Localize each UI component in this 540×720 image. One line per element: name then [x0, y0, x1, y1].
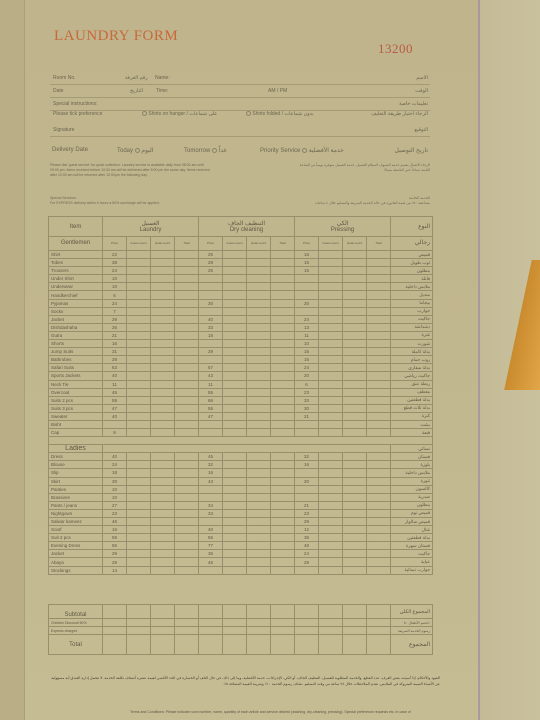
- express-cell[interactable]: [295, 627, 319, 635]
- dry-hotel-count[interactable]: [247, 364, 271, 372]
- dry-hotel-count[interactable]: [247, 453, 271, 461]
- dry-hotel-count[interactable]: [247, 566, 271, 574]
- dry-hotel-count[interactable]: [247, 501, 271, 509]
- total-cell[interactable]: [223, 635, 247, 655]
- total-cell[interactable]: [367, 635, 391, 655]
- dry-total[interactable]: [271, 307, 295, 315]
- press-total[interactable]: [367, 566, 391, 574]
- dry-total[interactable]: [271, 501, 295, 509]
- press-guest-count[interactable]: [319, 315, 343, 323]
- press-hotel-count[interactable]: [343, 469, 367, 477]
- dry-total[interactable]: [271, 461, 295, 469]
- press-hotel-count[interactable]: [343, 518, 367, 526]
- press-total[interactable]: [367, 469, 391, 477]
- dry-guest-count[interactable]: [223, 388, 247, 396]
- dry-total[interactable]: [271, 259, 295, 267]
- press-guest-count[interactable]: [319, 380, 343, 388]
- press-total[interactable]: [367, 493, 391, 501]
- press-hotel-count[interactable]: [343, 461, 367, 469]
- press-guest-count[interactable]: [319, 501, 343, 509]
- dry-guest-count[interactable]: [223, 518, 247, 526]
- laundry-total[interactable]: [175, 372, 199, 380]
- press-total[interactable]: [367, 331, 391, 339]
- press-total[interactable]: [367, 477, 391, 485]
- laundry-total[interactable]: [175, 267, 199, 275]
- press-guest-count[interactable]: [319, 396, 343, 404]
- total-cell[interactable]: [175, 635, 199, 655]
- dry-guest-count[interactable]: [223, 307, 247, 315]
- laundry-guest-count[interactable]: [127, 526, 151, 534]
- dry-total[interactable]: [271, 518, 295, 526]
- laundry-hotel-count[interactable]: [151, 453, 175, 461]
- total-cell[interactable]: [343, 635, 367, 655]
- total-cell[interactable]: [271, 635, 295, 655]
- press-total[interactable]: [367, 340, 391, 348]
- laundry-total[interactable]: [175, 275, 199, 283]
- dry-hotel-count[interactable]: [247, 558, 271, 566]
- laundry-guest-count[interactable]: [127, 299, 151, 307]
- laundry-hotel-count[interactable]: [151, 331, 175, 339]
- folded-option[interactable]: Shirts folded / بدون شماعات: [246, 111, 314, 117]
- laundry-total[interactable]: [175, 380, 199, 388]
- laundry-hotel-count[interactable]: [151, 348, 175, 356]
- dry-total[interactable]: [271, 453, 295, 461]
- express-cell[interactable]: [199, 627, 223, 635]
- dry-total[interactable]: [271, 315, 295, 323]
- laundry-guest-count[interactable]: [127, 485, 151, 493]
- laundry-hotel-count[interactable]: [151, 526, 175, 534]
- laundry-hotel-count[interactable]: [151, 501, 175, 509]
- discount-cell[interactable]: [343, 619, 367, 627]
- laundry-hotel-count[interactable]: [151, 534, 175, 542]
- laundry-hotel-count[interactable]: [151, 364, 175, 372]
- laundry-total[interactable]: [175, 566, 199, 574]
- dry-total[interactable]: [271, 267, 295, 275]
- express-cell[interactable]: [151, 627, 175, 635]
- dry-guest-count[interactable]: [223, 340, 247, 348]
- press-hotel-count[interactable]: [343, 420, 367, 428]
- press-hotel-count[interactable]: [343, 299, 367, 307]
- press-hotel-count[interactable]: [343, 501, 367, 509]
- dry-guest-count[interactable]: [223, 315, 247, 323]
- laundry-hotel-count[interactable]: [151, 509, 175, 517]
- laundry-guest-count[interactable]: [127, 404, 151, 412]
- laundry-total[interactable]: [175, 461, 199, 469]
- express-cell[interactable]: [319, 627, 343, 635]
- press-hotel-count[interactable]: [343, 550, 367, 558]
- laundry-total[interactable]: [175, 315, 199, 323]
- press-hotel-count[interactable]: [343, 356, 367, 364]
- press-hotel-count[interactable]: [343, 388, 367, 396]
- press-total[interactable]: [367, 283, 391, 291]
- press-total[interactable]: [367, 550, 391, 558]
- laundry-guest-count[interactable]: [127, 518, 151, 526]
- dry-guest-count[interactable]: [223, 283, 247, 291]
- laundry-guest-count[interactable]: [127, 372, 151, 380]
- press-hotel-count[interactable]: [343, 267, 367, 275]
- press-hotel-count[interactable]: [343, 323, 367, 331]
- press-hotel-count[interactable]: [343, 331, 367, 339]
- press-guest-count[interactable]: [319, 283, 343, 291]
- dry-guest-count[interactable]: [223, 380, 247, 388]
- dry-total[interactable]: [271, 323, 295, 331]
- press-guest-count[interactable]: [319, 291, 343, 299]
- laundry-total[interactable]: [175, 509, 199, 517]
- press-total[interactable]: [367, 534, 391, 542]
- total-cell[interactable]: [247, 635, 271, 655]
- laundry-hotel-count[interactable]: [151, 388, 175, 396]
- press-hotel-count[interactable]: [343, 558, 367, 566]
- dry-guest-count[interactable]: [223, 558, 247, 566]
- dry-guest-count[interactable]: [223, 348, 247, 356]
- laundry-total[interactable]: [175, 429, 199, 437]
- dry-hotel-count[interactable]: [247, 323, 271, 331]
- today-option[interactable]: Today اليوم: [117, 147, 153, 154]
- press-guest-count[interactable]: [319, 275, 343, 283]
- press-guest-count[interactable]: [319, 412, 343, 420]
- press-hotel-count[interactable]: [343, 283, 367, 291]
- discount-cell[interactable]: [199, 619, 223, 627]
- dry-hotel-count[interactable]: [247, 412, 271, 420]
- press-total[interactable]: [367, 509, 391, 517]
- laundry-guest-count[interactable]: [127, 275, 151, 283]
- laundry-total[interactable]: [175, 469, 199, 477]
- press-total[interactable]: [367, 364, 391, 372]
- press-guest-count[interactable]: [319, 340, 343, 348]
- subtotal-cell[interactable]: [175, 605, 199, 619]
- dry-total[interactable]: [271, 404, 295, 412]
- press-total[interactable]: [367, 307, 391, 315]
- press-total[interactable]: [367, 259, 391, 267]
- today-radio[interactable]: [135, 148, 140, 153]
- press-guest-count[interactable]: [319, 558, 343, 566]
- laundry-hotel-count[interactable]: [151, 380, 175, 388]
- press-guest-count[interactable]: [319, 469, 343, 477]
- press-hotel-count[interactable]: [343, 404, 367, 412]
- express-cell[interactable]: [271, 627, 295, 635]
- dry-hotel-count[interactable]: [247, 356, 271, 364]
- press-guest-count[interactable]: [319, 331, 343, 339]
- press-guest-count[interactable]: [319, 404, 343, 412]
- dry-guest-count[interactable]: [223, 364, 247, 372]
- dry-guest-count[interactable]: [223, 550, 247, 558]
- laundry-total[interactable]: [175, 542, 199, 550]
- dry-hotel-count[interactable]: [247, 267, 271, 275]
- press-guest-count[interactable]: [319, 461, 343, 469]
- press-guest-count[interactable]: [319, 356, 343, 364]
- press-total[interactable]: [367, 558, 391, 566]
- press-hotel-count[interactable]: [343, 396, 367, 404]
- dry-guest-count[interactable]: [223, 429, 247, 437]
- laundry-total[interactable]: [175, 259, 199, 267]
- press-hotel-count[interactable]: [343, 542, 367, 550]
- laundry-total[interactable]: [175, 299, 199, 307]
- dry-guest-count[interactable]: [223, 526, 247, 534]
- discount-cell[interactable]: [247, 619, 271, 627]
- dry-total[interactable]: [271, 388, 295, 396]
- total-cell[interactable]: [199, 635, 223, 655]
- laundry-hotel-count[interactable]: [151, 299, 175, 307]
- dry-hotel-count[interactable]: [247, 331, 271, 339]
- press-total[interactable]: [367, 542, 391, 550]
- laundry-guest-count[interactable]: [127, 420, 151, 428]
- subtotal-cell[interactable]: [295, 605, 319, 619]
- laundry-total[interactable]: [175, 251, 199, 259]
- laundry-hotel-count[interactable]: [151, 259, 175, 267]
- press-total[interactable]: [367, 267, 391, 275]
- press-hotel-count[interactable]: [343, 509, 367, 517]
- press-guest-count[interactable]: [319, 485, 343, 493]
- press-guest-count[interactable]: [319, 299, 343, 307]
- dry-total[interactable]: [271, 291, 295, 299]
- dry-total[interactable]: [271, 509, 295, 517]
- press-guest-count[interactable]: [319, 267, 343, 275]
- express-cell[interactable]: [175, 627, 199, 635]
- laundry-hotel-count[interactable]: [151, 542, 175, 550]
- press-hotel-count[interactable]: [343, 493, 367, 501]
- laundry-hotel-count[interactable]: [151, 323, 175, 331]
- press-hotel-count[interactable]: [343, 485, 367, 493]
- laundry-guest-count[interactable]: [127, 396, 151, 404]
- dry-total[interactable]: [271, 396, 295, 404]
- dry-guest-count[interactable]: [223, 251, 247, 259]
- folded-radio[interactable]: [246, 111, 251, 116]
- press-total[interactable]: [367, 323, 391, 331]
- laundry-guest-count[interactable]: [127, 340, 151, 348]
- laundry-guest-count[interactable]: [127, 501, 151, 509]
- subtotal-cell[interactable]: [103, 605, 127, 619]
- dry-guest-count[interactable]: [223, 396, 247, 404]
- press-total[interactable]: [367, 501, 391, 509]
- laundry-total[interactable]: [175, 534, 199, 542]
- dry-total[interactable]: [271, 331, 295, 339]
- laundry-guest-count[interactable]: [127, 429, 151, 437]
- subtotal-cell[interactable]: [223, 605, 247, 619]
- press-guest-count[interactable]: [319, 259, 343, 267]
- signature-row[interactable]: Signature التوقيع: [50, 124, 430, 137]
- dry-hotel-count[interactable]: [247, 251, 271, 259]
- dry-hotel-count[interactable]: [247, 396, 271, 404]
- laundry-total[interactable]: [175, 396, 199, 404]
- laundry-hotel-count[interactable]: [151, 340, 175, 348]
- dry-guest-count[interactable]: [223, 259, 247, 267]
- laundry-guest-count[interactable]: [127, 323, 151, 331]
- press-hotel-count[interactable]: [343, 291, 367, 299]
- subtotal-cell[interactable]: [151, 605, 175, 619]
- dry-guest-count[interactable]: [223, 453, 247, 461]
- dry-hotel-count[interactable]: [247, 542, 271, 550]
- dry-total[interactable]: [271, 348, 295, 356]
- dry-hotel-count[interactable]: [247, 509, 271, 517]
- laundry-total[interactable]: [175, 558, 199, 566]
- laundry-guest-count[interactable]: [127, 493, 151, 501]
- laundry-hotel-count[interactable]: [151, 356, 175, 364]
- laundry-total[interactable]: [175, 291, 199, 299]
- dry-guest-count[interactable]: [223, 420, 247, 428]
- press-total[interactable]: [367, 518, 391, 526]
- hangers-radio[interactable]: [142, 111, 147, 116]
- laundry-total[interactable]: [175, 493, 199, 501]
- press-guest-count[interactable]: [319, 323, 343, 331]
- dry-total[interactable]: [271, 534, 295, 542]
- dry-guest-count[interactable]: [223, 404, 247, 412]
- laundry-total[interactable]: [175, 453, 199, 461]
- express-cell[interactable]: [103, 627, 127, 635]
- laundry-hotel-count[interactable]: [151, 469, 175, 477]
- dry-guest-count[interactable]: [223, 412, 247, 420]
- dry-guest-count[interactable]: [223, 542, 247, 550]
- laundry-guest-count[interactable]: [127, 542, 151, 550]
- laundry-hotel-count[interactable]: [151, 372, 175, 380]
- laundry-total[interactable]: [175, 307, 199, 315]
- press-total[interactable]: [367, 348, 391, 356]
- laundry-total[interactable]: [175, 331, 199, 339]
- press-hotel-count[interactable]: [343, 380, 367, 388]
- dry-guest-count[interactable]: [223, 299, 247, 307]
- laundry-hotel-count[interactable]: [151, 307, 175, 315]
- press-guest-count[interactable]: [319, 388, 343, 396]
- press-hotel-count[interactable]: [343, 453, 367, 461]
- press-guest-count[interactable]: [319, 526, 343, 534]
- dry-hotel-count[interactable]: [247, 340, 271, 348]
- laundry-hotel-count[interactable]: [151, 420, 175, 428]
- laundry-hotel-count[interactable]: [151, 429, 175, 437]
- dry-hotel-count[interactable]: [247, 259, 271, 267]
- tomorrow-option[interactable]: Tomorrow غداً: [184, 147, 227, 154]
- laundry-guest-count[interactable]: [127, 315, 151, 323]
- laundry-hotel-count[interactable]: [151, 404, 175, 412]
- press-hotel-count[interactable]: [343, 477, 367, 485]
- press-guest-count[interactable]: [319, 453, 343, 461]
- discount-cell[interactable]: [367, 619, 391, 627]
- laundry-total[interactable]: [175, 388, 199, 396]
- dry-hotel-count[interactable]: [247, 477, 271, 485]
- laundry-guest-count[interactable]: [127, 283, 151, 291]
- laundry-guest-count[interactable]: [127, 364, 151, 372]
- date-time-row[interactable]: Date التاريخ Time: AM / PM الوقت: [50, 85, 430, 98]
- laundry-guest-count[interactable]: [127, 356, 151, 364]
- room-name-row[interactable]: Room No. رقم الغرفة Name: الاسم: [50, 72, 430, 85]
- press-hotel-count[interactable]: [343, 259, 367, 267]
- discount-cell[interactable]: [319, 619, 343, 627]
- laundry-guest-count[interactable]: [127, 566, 151, 574]
- dry-guest-count[interactable]: [223, 356, 247, 364]
- press-total[interactable]: [367, 526, 391, 534]
- hangers-option[interactable]: Shirts on hanger / على شماعات: [142, 111, 217, 117]
- dry-total[interactable]: [271, 526, 295, 534]
- dry-total[interactable]: [271, 299, 295, 307]
- dry-total[interactable]: [271, 477, 295, 485]
- dry-guest-count[interactable]: [223, 477, 247, 485]
- dry-hotel-count[interactable]: [247, 299, 271, 307]
- press-total[interactable]: [367, 453, 391, 461]
- press-guest-count[interactable]: [319, 429, 343, 437]
- press-hotel-count[interactable]: [343, 429, 367, 437]
- press-total[interactable]: [367, 315, 391, 323]
- dry-guest-count[interactable]: [223, 534, 247, 542]
- dry-total[interactable]: [271, 251, 295, 259]
- laundry-guest-count[interactable]: [127, 388, 151, 396]
- press-guest-count[interactable]: [319, 493, 343, 501]
- laundry-hotel-count[interactable]: [151, 485, 175, 493]
- laundry-hotel-count[interactable]: [151, 291, 175, 299]
- press-guest-count[interactable]: [319, 550, 343, 558]
- press-guest-count[interactable]: [319, 518, 343, 526]
- discount-cell[interactable]: [175, 619, 199, 627]
- press-total[interactable]: [367, 275, 391, 283]
- dry-total[interactable]: [271, 558, 295, 566]
- laundry-total[interactable]: [175, 348, 199, 356]
- tomorrow-radio[interactable]: [212, 148, 217, 153]
- dry-guest-count[interactable]: [223, 469, 247, 477]
- laundry-hotel-count[interactable]: [151, 550, 175, 558]
- dry-hotel-count[interactable]: [247, 404, 271, 412]
- subtotal-cell[interactable]: [127, 605, 151, 619]
- dry-total[interactable]: [271, 275, 295, 283]
- laundry-guest-count[interactable]: [127, 550, 151, 558]
- laundry-total[interactable]: [175, 420, 199, 428]
- laundry-total[interactable]: [175, 283, 199, 291]
- press-hotel-count[interactable]: [343, 348, 367, 356]
- press-guest-count[interactable]: [319, 566, 343, 574]
- dry-hotel-count[interactable]: [247, 518, 271, 526]
- laundry-total[interactable]: [175, 356, 199, 364]
- express-cell[interactable]: [127, 627, 151, 635]
- laundry-hotel-count[interactable]: [151, 267, 175, 275]
- dry-total[interactable]: [271, 469, 295, 477]
- dry-total[interactable]: [271, 566, 295, 574]
- laundry-total[interactable]: [175, 518, 199, 526]
- press-guest-count[interactable]: [319, 364, 343, 372]
- press-total[interactable]: [367, 388, 391, 396]
- press-total[interactable]: [367, 412, 391, 420]
- laundry-hotel-count[interactable]: [151, 493, 175, 501]
- subtotal-cell[interactable]: [319, 605, 343, 619]
- press-hotel-count[interactable]: [343, 275, 367, 283]
- laundry-guest-count[interactable]: [127, 412, 151, 420]
- laundry-hotel-count[interactable]: [151, 477, 175, 485]
- dry-total[interactable]: [271, 542, 295, 550]
- express-cell[interactable]: [343, 627, 367, 635]
- press-hotel-count[interactable]: [343, 364, 367, 372]
- press-guest-count[interactable]: [319, 477, 343, 485]
- subtotal-cell[interactable]: [343, 605, 367, 619]
- laundry-total[interactable]: [175, 485, 199, 493]
- laundry-total[interactable]: [175, 477, 199, 485]
- dry-guest-count[interactable]: [223, 461, 247, 469]
- dry-hotel-count[interactable]: [247, 275, 271, 283]
- discount-cell[interactable]: [151, 619, 175, 627]
- dry-hotel-count[interactable]: [247, 420, 271, 428]
- press-guest-count[interactable]: [319, 251, 343, 259]
- dry-guest-count[interactable]: [223, 323, 247, 331]
- discount-cell[interactable]: [295, 619, 319, 627]
- dry-hotel-count[interactable]: [247, 469, 271, 477]
- press-hotel-count[interactable]: [343, 566, 367, 574]
- subtotal-cell[interactable]: [247, 605, 271, 619]
- laundry-hotel-count[interactable]: [151, 412, 175, 420]
- laundry-guest-count[interactable]: [127, 461, 151, 469]
- press-total[interactable]: [367, 429, 391, 437]
- dry-hotel-count[interactable]: [247, 307, 271, 315]
- dry-hotel-count[interactable]: [247, 526, 271, 534]
- dry-guest-count[interactable]: [223, 372, 247, 380]
- laundry-total[interactable]: [175, 550, 199, 558]
- dry-total[interactable]: [271, 380, 295, 388]
- laundry-hotel-count[interactable]: [151, 275, 175, 283]
- total-cell[interactable]: [127, 635, 151, 655]
- laundry-guest-count[interactable]: [127, 380, 151, 388]
